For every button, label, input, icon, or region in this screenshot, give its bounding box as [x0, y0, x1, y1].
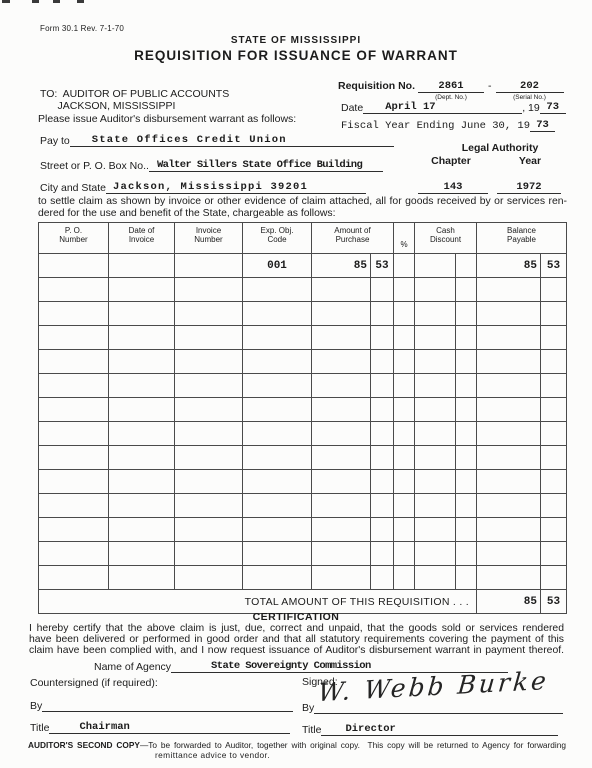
table-cell	[456, 494, 477, 518]
footer-text-line2: remittance advice to vendor.	[155, 750, 566, 760]
title-label: Title	[30, 722, 49, 734]
table-cell	[312, 470, 371, 494]
table-cell	[312, 374, 371, 398]
page-title: REQUISITION FOR ISSUANCE OF WARRANT	[0, 48, 592, 63]
certification-heading: CERTIFICATION	[0, 611, 592, 623]
table-cell	[243, 518, 312, 542]
table-body: 001 85 53 85 53	[39, 254, 567, 590]
table-cell	[477, 518, 541, 542]
table-row	[39, 350, 567, 374]
to-line1: TO: AUDITOR OF PUBLIC ACCOUNTS	[40, 88, 229, 100]
col-header-po-number: P. O.Number	[39, 223, 109, 254]
amount-dollars-cell: 85	[312, 254, 371, 278]
countersigned-title-value: Chairman	[79, 721, 129, 733]
table-cell	[415, 398, 456, 422]
table-cell	[175, 326, 243, 350]
table-cell	[109, 350, 175, 374]
table-cell	[312, 446, 371, 470]
table-cell	[175, 422, 243, 446]
table-cell	[243, 542, 312, 566]
countersigned-label: Countersigned (if required):	[30, 677, 158, 689]
to-line2: JACKSON, MISSISSIPPI	[40, 100, 175, 112]
year-value: 1972	[516, 181, 541, 193]
amount-cents-cell: 53	[371, 254, 394, 278]
table-cell	[312, 350, 371, 374]
table-cell	[394, 302, 415, 326]
table-cell	[243, 302, 312, 326]
col-header-invoice-number: InvoiceNumber	[175, 223, 243, 254]
table-cell	[541, 350, 567, 374]
col-header-cash-discount: CashDiscount	[415, 223, 477, 254]
table-cell	[394, 254, 415, 278]
table-cell	[312, 398, 371, 422]
table-cell	[477, 302, 541, 326]
year-column-label: Year	[500, 155, 560, 167]
table-cell	[477, 278, 541, 302]
table-cell	[109, 470, 175, 494]
settle-line1: to settle claim as shown by invoice or o…	[38, 196, 567, 208]
table-cell	[39, 446, 109, 470]
requisition-no-label: Requisition No.	[338, 80, 415, 92]
table-cell	[477, 566, 541, 590]
table-cell	[394, 470, 415, 494]
table-cell	[477, 422, 541, 446]
table-cell	[415, 494, 456, 518]
table-cell	[109, 326, 175, 350]
street-value: Walter Sillers State Office Building	[157, 159, 362, 171]
date-label: Date	[341, 102, 363, 114]
table-cell	[312, 518, 371, 542]
countersigned-by-field	[42, 697, 293, 712]
footer-note: AUDITOR'S SECOND COPY—To be forwarded to…	[28, 740, 566, 760]
table-cell	[109, 494, 175, 518]
requisition-no-row: Requisition No. 2861 (Dept. No.) - 202 (…	[338, 78, 564, 92]
total-row: TOTAL AMOUNT OF THIS REQUISITION . . . 8…	[39, 590, 567, 614]
table-cell	[394, 542, 415, 566]
table-cell	[456, 374, 477, 398]
table-header-row: P. O.Number Date ofInvoice InvoiceNumber…	[39, 223, 567, 254]
table-cell	[415, 422, 456, 446]
table-cell	[243, 278, 312, 302]
table-cell	[456, 398, 477, 422]
table-cell	[175, 278, 243, 302]
table-cell	[415, 374, 456, 398]
table-cell	[415, 350, 456, 374]
table-cell	[39, 518, 109, 542]
table-cell	[175, 470, 243, 494]
table-row	[39, 398, 567, 422]
table-cell	[39, 326, 109, 350]
pay-to-row: Pay to State Offices Credit Union	[40, 132, 394, 147]
table-cell	[312, 302, 371, 326]
table-cell	[39, 470, 109, 494]
chapter-field: 143	[418, 179, 488, 194]
table-cell	[175, 446, 243, 470]
table-cell	[456, 446, 477, 470]
table-cell	[371, 302, 394, 326]
chapter-column-label: Chapter	[416, 155, 486, 167]
settle-line2: dered for the use and benefit of the Sta…	[38, 208, 567, 220]
certification-line3: claim have been complied with, and I now…	[29, 645, 564, 656]
table-cell	[312, 422, 371, 446]
table-cell	[456, 518, 477, 542]
table-cell	[109, 566, 175, 590]
table-cell	[371, 542, 394, 566]
table-cell	[394, 518, 415, 542]
date-value: April 17	[385, 101, 435, 113]
table-cell	[415, 254, 456, 278]
pay-to-value: State Offices Credit Union	[92, 134, 287, 146]
countersigned-by-row: By	[30, 697, 293, 712]
table-row	[39, 326, 567, 350]
col-header-balance-payable: BalancePayable	[477, 223, 567, 254]
table-cell	[39, 302, 109, 326]
pay-to-field: State Offices Credit Union	[70, 132, 394, 147]
certification-line2: have been delivered or performed in good…	[29, 634, 564, 645]
table-cell	[39, 542, 109, 566]
instruction-line: Please issue Auditor's disbursement warr…	[38, 113, 296, 125]
table-cell	[415, 446, 456, 470]
table-cell	[415, 302, 456, 326]
table-cell	[541, 422, 567, 446]
table-cell	[39, 494, 109, 518]
table-cell	[39, 566, 109, 590]
table-cell	[456, 350, 477, 374]
table-row: 001 85 53 85 53	[39, 254, 567, 278]
table-cell	[175, 566, 243, 590]
settle-clause: to settle claim as shown by invoice or o…	[38, 196, 567, 221]
table-cell	[371, 326, 394, 350]
table-cell	[394, 494, 415, 518]
date-year-field: 73	[540, 99, 566, 114]
table-cell	[371, 350, 394, 374]
city-state-field: Jackson, Mississippi 39201	[106, 179, 366, 194]
table-cell	[541, 518, 567, 542]
table-cell	[456, 254, 477, 278]
table-cell	[39, 254, 109, 278]
table-cell	[312, 494, 371, 518]
table-cell	[415, 542, 456, 566]
table-cell	[371, 470, 394, 494]
table-cell	[415, 518, 456, 542]
table-cell	[39, 398, 109, 422]
table-cell	[243, 350, 312, 374]
form-number: Form 30.1 Rev. 7-1-70	[40, 24, 124, 33]
table-cell	[39, 278, 109, 302]
table-cell	[477, 542, 541, 566]
table-cell	[394, 278, 415, 302]
fiscal-year-label: Fiscal Year Ending June 30, 19	[341, 120, 530, 132]
table-cell	[477, 374, 541, 398]
table-cell	[243, 326, 312, 350]
table-cell	[109, 446, 175, 470]
fiscal-year-line: Fiscal Year Ending June 30, 19 73	[341, 117, 555, 132]
table-cell	[109, 542, 175, 566]
table-cell	[243, 398, 312, 422]
table-cell	[477, 470, 541, 494]
street-field: Walter Sillers State Office Building	[149, 157, 383, 172]
signed-title-row: Title Director	[302, 721, 558, 736]
table-cell	[394, 422, 415, 446]
total-dollars-cell: 85	[477, 590, 541, 614]
table-cell	[371, 518, 394, 542]
table-cell	[415, 566, 456, 590]
certification-text: I hereby certify that the above claim is…	[29, 623, 564, 657]
table-cell	[175, 398, 243, 422]
col-header-amount-of-purchase: Amount ofPurchase	[312, 223, 394, 254]
table-cell	[541, 446, 567, 470]
date-year-prefix: , 19	[522, 102, 540, 114]
dept-no-value: 2861	[438, 80, 463, 92]
table-cell	[175, 542, 243, 566]
table-cell	[394, 374, 415, 398]
table-cell	[541, 542, 567, 566]
table-cell	[477, 446, 541, 470]
table-row	[39, 302, 567, 326]
legal-authority-header: Legal Authority	[430, 142, 570, 154]
table-cell	[541, 302, 567, 326]
table-cell	[39, 374, 109, 398]
table-cell	[312, 542, 371, 566]
col-header-percent: %	[394, 223, 415, 254]
table-cell	[371, 398, 394, 422]
fiscal-year-value: 73	[536, 119, 549, 131]
table-cell	[175, 254, 243, 278]
chapter-value: 143	[444, 181, 463, 193]
fiscal-year-field: 73	[530, 117, 555, 132]
table-cell	[312, 278, 371, 302]
street-row: Street or P. O. Box No.. Walter Sillers …	[40, 157, 383, 172]
date-row: Date April 17 , 19 73	[341, 99, 566, 114]
table-cell	[415, 326, 456, 350]
table-row	[39, 542, 567, 566]
table-cell	[456, 470, 477, 494]
table-cell	[477, 326, 541, 350]
table-cell	[456, 302, 477, 326]
table-cell	[541, 494, 567, 518]
by-label: By	[302, 702, 314, 714]
name-of-agency-label: Name of Agency	[94, 661, 171, 673]
city-state-value: Jackson, Mississippi 39201	[113, 181, 308, 193]
footer-text: —To be forwarded to Auditor, together wi…	[140, 740, 566, 750]
table-cell	[456, 566, 477, 590]
table-cell	[394, 566, 415, 590]
table-cell	[394, 350, 415, 374]
table-cell	[415, 278, 456, 302]
requisition-separator: -	[488, 80, 492, 92]
scanned-form-page: Form 30.1 Rev. 7-1-70 STATE OF MISSISSIP…	[0, 0, 592, 768]
table-cell	[371, 494, 394, 518]
by-label: By	[30, 700, 42, 712]
table-cell	[109, 278, 175, 302]
table-cell	[109, 398, 175, 422]
table-cell	[456, 542, 477, 566]
table-cell	[175, 350, 243, 374]
table-cell	[477, 494, 541, 518]
col-header-exp-obj-code: Exp. Obj.Code	[243, 223, 312, 254]
table-cell	[243, 494, 312, 518]
table-cell	[243, 566, 312, 590]
table-cell	[312, 566, 371, 590]
table-cell	[541, 398, 567, 422]
table-cell	[109, 302, 175, 326]
table-cell	[243, 470, 312, 494]
date-field: April 17	[363, 99, 522, 114]
table-cell	[243, 374, 312, 398]
table-row	[39, 518, 567, 542]
total-label-cell: TOTAL AMOUNT OF THIS REQUISITION . . .	[39, 590, 477, 614]
countersigned-title-field: Chairman	[49, 719, 290, 734]
table-cell	[456, 422, 477, 446]
table-cell	[371, 278, 394, 302]
year-field: 1972	[497, 179, 561, 194]
countersigned-title-row: Title Chairman	[30, 719, 290, 734]
table-cell	[394, 398, 415, 422]
table-cell	[109, 374, 175, 398]
table-cell	[39, 350, 109, 374]
table-cell	[541, 278, 567, 302]
serial-no-field: 202 (Serial No.)	[496, 78, 564, 101]
table-row	[39, 278, 567, 302]
table-cell	[415, 470, 456, 494]
title-label: Title	[302, 724, 321, 736]
table-cell	[456, 278, 477, 302]
name-of-agency-value: State Sovereignty Commission	[211, 660, 371, 672]
table-cell	[371, 446, 394, 470]
table-cell	[312, 326, 371, 350]
table-cell	[541, 470, 567, 494]
state-heading: STATE OF MISSISSIPPI	[0, 35, 592, 46]
dept-no-field: 2861 (Dept. No.)	[418, 78, 484, 101]
table-cell	[175, 494, 243, 518]
table-cell	[371, 374, 394, 398]
table-row	[39, 422, 567, 446]
street-label: Street or P. O. Box No..	[40, 160, 149, 172]
table-cell	[39, 422, 109, 446]
total-cents-cell: 53	[541, 590, 567, 614]
serial-no-value: 202	[520, 80, 539, 92]
table-row	[39, 374, 567, 398]
footer-label: AUDITOR'S SECOND COPY	[28, 740, 140, 750]
signed-title-field: Director	[321, 721, 558, 736]
table-cell	[541, 566, 567, 590]
table-cell	[394, 326, 415, 350]
table-cell	[541, 326, 567, 350]
table-cell	[243, 422, 312, 446]
table-cell	[175, 518, 243, 542]
table-cell	[175, 302, 243, 326]
table-row	[39, 470, 567, 494]
date-year-value: 73	[546, 101, 559, 113]
requisition-table: P. O.Number Date ofInvoice InvoiceNumber…	[38, 222, 567, 614]
certification-line1: I hereby certify that the above claim is…	[29, 623, 564, 634]
exp-obj-code-cell: 001	[243, 254, 312, 278]
table-cell	[175, 374, 243, 398]
balance-cents-cell: 53	[541, 254, 567, 278]
table-cell	[477, 350, 541, 374]
table-cell	[109, 254, 175, 278]
table-cell	[371, 566, 394, 590]
table-cell	[477, 398, 541, 422]
table-cell	[243, 446, 312, 470]
table-cell	[109, 518, 175, 542]
table-row	[39, 446, 567, 470]
signed-title-value: Director	[345, 723, 395, 735]
pay-to-label: Pay to	[40, 135, 70, 147]
table-cell	[394, 446, 415, 470]
to-address: TO: AUDITOR OF PUBLIC ACCOUNTS JACKSON, …	[40, 88, 229, 112]
table-cell	[456, 326, 477, 350]
table-cell	[371, 422, 394, 446]
col-header-date-of-invoice: Date ofInvoice	[109, 223, 175, 254]
balance-dollars-cell: 85	[477, 254, 541, 278]
city-state-label: City and State	[40, 182, 106, 194]
table-row	[39, 566, 567, 590]
table-row	[39, 494, 567, 518]
table-cell	[541, 374, 567, 398]
table-cell	[109, 422, 175, 446]
city-state-row: City and State Jackson, Mississippi 3920…	[40, 179, 366, 194]
